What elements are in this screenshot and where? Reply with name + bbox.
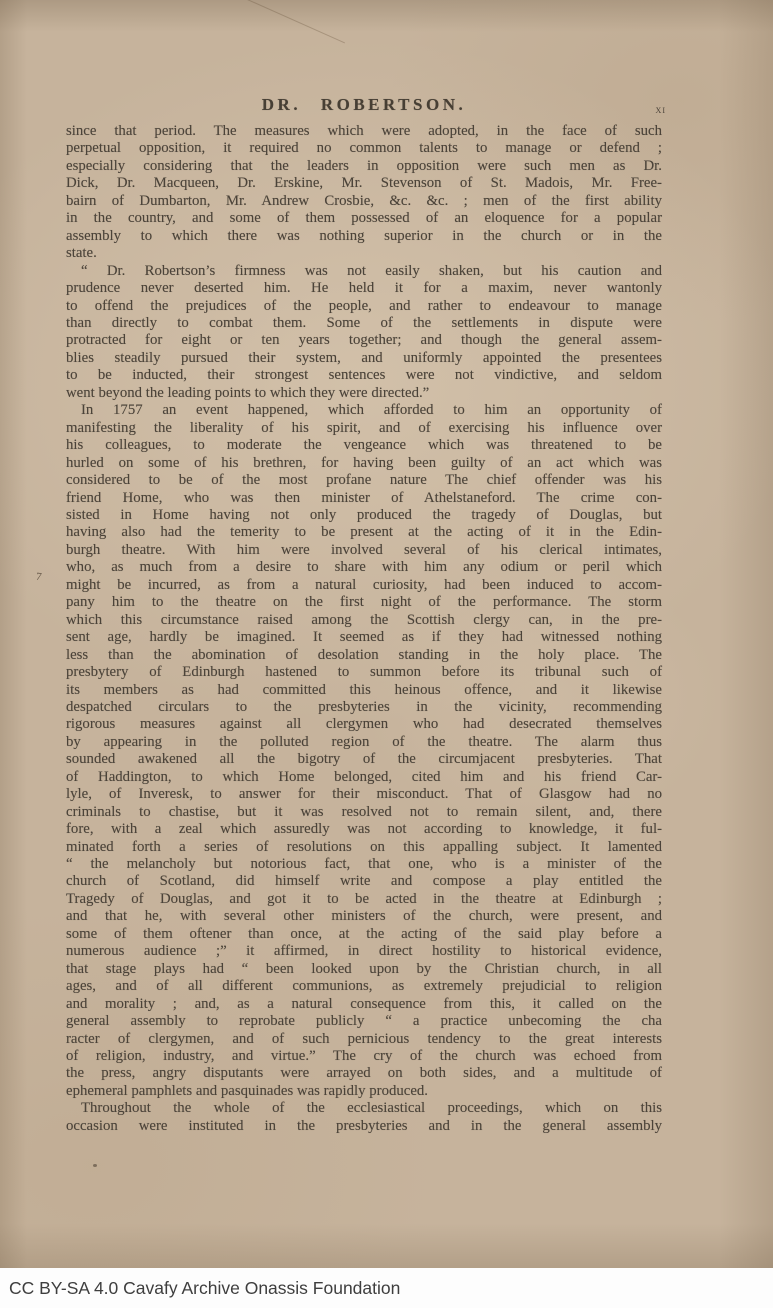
text-line: In 1757 an event happened, which afforde… [66, 402, 662, 419]
text-line: some of them oftener than once, at the a… [66, 926, 662, 943]
text-line: protracted for eight or ten years togeth… [66, 332, 662, 349]
text-line: presbytery of Edinburgh hastened to summ… [66, 664, 662, 681]
text-line: ages, and of all different communions, a… [66, 978, 662, 995]
text-line: church of Scotland, did himself write an… [66, 873, 662, 890]
text-line: fore, with a zeal which assuredly was no… [66, 821, 662, 838]
document-page: DR. ROBERTSON. xi since that period. The… [0, 0, 773, 1308]
text-line: who, as much from a desire to share with… [66, 559, 662, 576]
running-title: DR. ROBERTSON. [66, 95, 662, 115]
text-line: bairn of Dumbarton, Mr. Andrew Crosbie, … [66, 193, 662, 210]
text-line: considered to be of the most profane nat… [66, 472, 662, 489]
license-footer: CC BY-SA 4.0 Cavafy Archive Onassis Foun… [0, 1268, 773, 1308]
text-line: the press, angry disputants were arrayed… [66, 1065, 662, 1082]
text-block: since that period. The measures which we… [66, 123, 662, 1135]
text-line: Dick, Dr. Macqueen, Dr. Erskine, Mr. Ste… [66, 175, 662, 192]
text-line: might be incurred, as from a natural cur… [66, 577, 662, 594]
text-line: “ Dr. Robertson’s firmness was not easil… [66, 263, 662, 280]
text-line: that stage plays had “ been looked upon … [66, 961, 662, 978]
paragraph: since that period. The measures which we… [66, 123, 662, 263]
text-line: since that period. The measures which we… [66, 123, 662, 140]
text-line: of Haddington, to which Home belonged, c… [66, 769, 662, 786]
text-line: than directly to combat them. Some of th… [66, 315, 662, 332]
text-line: hurled on some of his brethren, for havi… [66, 455, 662, 472]
text-line: to offend the prejudices of the people, … [66, 298, 662, 315]
page-number: xi [656, 102, 666, 117]
text-line: prudence never deserted him. He held it … [66, 280, 662, 297]
text-line: despatched circulars to the presbyteries… [66, 699, 662, 716]
text-line: sisted in Home having not only produced … [66, 507, 662, 524]
text-line: rigorous measures against all clergymen … [66, 716, 662, 733]
text-line: perpetual opposition, it required no com… [66, 140, 662, 157]
text-line: and morality ; and, as a natural consequ… [66, 996, 662, 1013]
text-line: by appearing in the polluted region of t… [66, 734, 662, 751]
text-line: burgh theatre. With him were involved se… [66, 542, 662, 559]
text-line: racter of clergymen, and of such pernici… [66, 1031, 662, 1048]
text-line: blies steadily pursued their system, and… [66, 350, 662, 367]
text-line: its members as had committed this heinou… [66, 682, 662, 699]
text-line: Throughout the whole of the ecclesiastic… [66, 1100, 662, 1117]
paragraph: Throughout the whole of the ecclesiastic… [66, 1100, 662, 1135]
text-line: numerous audience ;” it affirmed, in dir… [66, 943, 662, 960]
text-line: especially considering that the leaders … [66, 158, 662, 175]
license-text: CC BY-SA 4.0 Cavafy Archive Onassis Foun… [9, 1278, 400, 1299]
text-line: went beyond the leading points to which … [66, 385, 662, 402]
text-line: occasion were instituted in the presbyte… [66, 1118, 662, 1135]
text-line: lyle, of Inveresk, to answer for their m… [66, 786, 662, 803]
text-line: “ the melancholy but notorious fact, tha… [66, 856, 662, 873]
text-line: sounded awakened all the bigotry of the … [66, 751, 662, 768]
text-line: criminals to chastise, but it was resolv… [66, 804, 662, 821]
text-line: in the country, and some of them possess… [66, 210, 662, 227]
text-line: of religion, industry, and virtue.” The … [66, 1048, 662, 1065]
text-line: and that he, with several other minister… [66, 908, 662, 925]
paragraph: In 1757 an event happened, which afforde… [66, 402, 662, 1100]
text-line: Tragedy of Douglas, and got it to be act… [66, 891, 662, 908]
text-line: friend Home, who was then minister of At… [66, 490, 662, 507]
page-header: DR. ROBERTSON. xi [66, 95, 662, 117]
text-line: ephemeral pamphlets and pasquinades was … [66, 1083, 662, 1100]
text-line: having also had the temerity to be prese… [66, 524, 662, 541]
text-line: to be inducted, their strongest sentence… [66, 367, 662, 384]
text-line: state. [66, 245, 662, 262]
text-line: assembly to which there was nothing supe… [66, 228, 662, 245]
text-line: his colleagues, to moderate the vengeanc… [66, 437, 662, 454]
paragraph: “ Dr. Robertson’s firmness was not easil… [66, 263, 662, 403]
text-line: sent age, hardly be imagined. It seemed … [66, 629, 662, 646]
margin-mark: 7 [35, 571, 42, 584]
text-line: general assembly to reprobate publicly “… [66, 1013, 662, 1030]
scanned-paper: DR. ROBERTSON. xi since that period. The… [0, 0, 773, 1268]
paper-speck [93, 1164, 97, 1167]
text-line: manifesting the liberality of his spirit… [66, 420, 662, 437]
paper-crease [235, 0, 345, 43]
text-line: less than the abomination of desolation … [66, 647, 662, 664]
text-line: pany him to the theatre on the first nig… [66, 594, 662, 611]
text-line: minated forth a series of resolutions on… [66, 839, 662, 856]
text-line: which this circumstance raised among the… [66, 612, 662, 629]
